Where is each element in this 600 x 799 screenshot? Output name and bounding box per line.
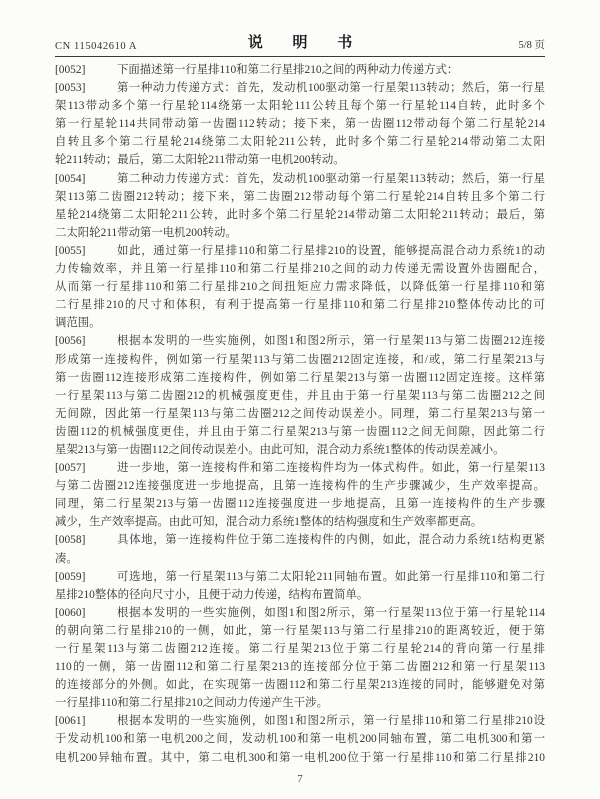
paragraph-number: [0057] xyxy=(55,459,117,477)
patent-specification-page: CN 115042610 A 说 明 书 5/8 页 [0052]下面描述第一行… xyxy=(0,0,600,799)
paragraph-number: [0056] xyxy=(55,332,117,350)
paragraph-text: 如此，通过第一行星排110和第二行星排210的设置，能够提高混合动力系统1的动 xyxy=(117,242,545,260)
text-line: 二行星排210的尺寸和体积，有利于提高第一行星排110和第二行星排210整体传动… xyxy=(55,296,545,314)
text-line: 的连接部分的外侧。如此，在实现第一齿圈112和第二行星架213连接的同时，能够避… xyxy=(55,676,545,694)
paragraph-text: 根据本发明的一些实施例，如图1和图2所示，第一行星排110和第二行星排210设 xyxy=(117,712,545,730)
paragraph-text: 根据本发明的一些实施例，如图1和图2所示，第一行星架113与第二齿圈212连接 xyxy=(117,332,545,350)
paragraph-0059: [0059]可选地，第一行星架113与第二太阳轮211同轴布置。如此第一行星排1… xyxy=(55,568,545,604)
paragraph-number: [0053] xyxy=(55,79,117,97)
paragraph-number: [0059] xyxy=(55,568,117,586)
paragraph-0057: [0057]进一步地，第一连接构件和第二连接构件均为一体式构件。如此，第一行星架… xyxy=(55,459,545,531)
page-header: CN 115042610 A 说 明 书 5/8 页 xyxy=(55,34,545,57)
paragraph-0060: [0060]根据本发明的一些实施例，如图1和图2所示，第一行星架113位于第一行… xyxy=(55,604,545,713)
paragraph-first-line: [0056]根据本发明的一些实施例，如图1和图2所示，第一行星架113与第二齿圈… xyxy=(55,332,545,350)
paragraph-number: [0054] xyxy=(55,170,117,188)
text-line: 调范围。 xyxy=(55,314,545,332)
page-number: 7 xyxy=(297,773,303,785)
paragraph-first-line: [0061]根据本发明的一些实施例，如图1和图2所示，第一行星排110和第二行星… xyxy=(55,712,545,730)
paragraph-first-line: [0055]如此，通过第一行星排110和第二行星排210的设置，能够提高混合动力… xyxy=(55,242,545,260)
text-line: 架113带动多个第一行星轮114绕第一太阳轮111公转且每个第一行星轮114自转… xyxy=(55,97,545,115)
text-line: 与第二齿圈212连接强度进一步地提高，且第一连接构件的生产步骤减少，生产效率提高… xyxy=(55,477,545,495)
paragraph-text: 具体地，第一连接构件位于第二连接构件的内侧，如此，混合动力系统1结构更紧 xyxy=(117,531,545,549)
paragraph-0052: [0052]下面描述第一行星排110和第二行星排210之间的两种动力传递方式： xyxy=(55,61,545,79)
paragraph-text: 根据本发明的一些实施例，如图1和图2所示，第一行星架113位于第一行星轮114 xyxy=(117,604,545,622)
text-line: 星排210整体的径向尺寸小，且便于动力传递，结构布置简单。 xyxy=(55,586,545,604)
text-line: 电机200异轴布置。其中，第二电机300和第一电机200位于第一行星排110和第… xyxy=(55,749,545,767)
text-line: 凑。 xyxy=(55,550,545,568)
paragraph-text: 第二种动力传递方式：首先，发动机100驱动第一行星架113转动；然后，第一行星 xyxy=(117,170,545,188)
paragraph-first-line: [0060]根据本发明的一些实施例，如图1和图2所示，第一行星架113位于第一行… xyxy=(55,604,545,622)
paragraph-0056: [0056]根据本发明的一些实施例，如图1和图2所示，第一行星架113与第二齿圈… xyxy=(55,332,545,459)
paragraph-number: [0052] xyxy=(55,61,117,79)
text-line: 架113第二齿圈212转动；接下来，第二齿圈212带动每个第二行星轮214自转且… xyxy=(55,188,545,206)
text-line: 力传输效率，并且第一行星排110和第二行星排210之间的动力传递无需设置外齿圈配… xyxy=(55,260,545,278)
text-line: 齿圈112的机械强度更佳，并且由于第二行星架213与第一齿圈112之间无间隙，因… xyxy=(55,423,545,441)
page-footer: 7 xyxy=(0,773,600,785)
text-line: 一行星架113与第二齿圈212连接。第二行星架213位于第二行星轮214的背向第… xyxy=(55,640,545,658)
paragraph-text: 可选地，第一行星架113与第二太阳轮211同轴布置。如此第一行星排110和第二行 xyxy=(117,568,545,586)
text-line: 形成第一连接构件，例如第一行星架113与第二齿圈212固定连接，和/或，第二行星… xyxy=(55,351,545,369)
text-line: 星架213与第一齿圈112之间传动误差小。由此可知，混合动力系统1整体的传动误差… xyxy=(55,441,545,459)
publication-number: CN 115042610 A xyxy=(55,41,248,52)
text-line: 星轮214绕第二太阳轮211公转，此时多个第二行星轮214带动第二太阳轮211转… xyxy=(55,206,545,224)
paragraph-first-line: [0058]具体地，第一连接构件位于第二连接构件的内侧，如此，混合动力系统1结构… xyxy=(55,531,545,549)
paragraph-0061: [0061]根据本发明的一些实施例，如图1和图2所示，第一行星排110和第二行星… xyxy=(55,712,545,766)
text-line: 一行星架113与第二齿圈212的机械强度更佳，并且由于第一行星架113与第二齿圈… xyxy=(55,387,545,405)
text-line: 第一齿圈112连接形成第二连接构件，例如第二行星架213与第一齿圈112固定连接… xyxy=(55,369,545,387)
paragraph-0053: [0053]第一种动力传递方式：首先，发动机100驱动第一行星架113转动；然后… xyxy=(55,79,545,169)
text-line: 无间隙，因此第一行星架113与第二齿圈212之间传动误差小。同理，第二行星架21… xyxy=(55,405,545,423)
text-line: 二太阳轮211带动第一电机200转动。 xyxy=(55,224,545,242)
paragraph-first-line: [0053]第一种动力传递方式：首先，发动机100驱动第一行星架113转动；然后… xyxy=(55,79,545,97)
text-line: 一行星排110和第二行星排210之间动力传递产生干涉。 xyxy=(55,694,545,712)
paragraph-0058: [0058]具体地，第一连接构件位于第二连接构件的内侧，如此，混合动力系统1结构… xyxy=(55,531,545,567)
document-title: 说 明 书 xyxy=(248,31,366,52)
sheet-page-indicator: 5/8 页 xyxy=(352,37,545,52)
paragraph-first-line: [0059]可选地，第一行星架113与第二太阳轮211同轴布置。如此第一行星排1… xyxy=(55,568,545,586)
paragraph-text: 下面描述第一行星排110和第二行星排210之间的两种动力传递方式： xyxy=(117,61,545,79)
paragraph-number: [0058] xyxy=(55,531,117,549)
paragraph-number: [0055] xyxy=(55,242,117,260)
paragraph-first-line: [0057]进一步地，第一连接构件和第二连接构件均为一体式构件。如此，第一行星架… xyxy=(55,459,545,477)
text-line: 110的一侧，第一齿圈112和第二行星架213的连接部分位于第二齿圈212和第一… xyxy=(55,658,545,676)
document-body: [0052]下面描述第一行星排110和第二行星排210之间的两种动力传递方式：[… xyxy=(55,61,545,767)
paragraph-text: 进一步地，第一连接构件和第二连接构件均为一体式构件。如此，第一行星架113 xyxy=(117,459,545,477)
paragraph-0055: [0055]如此，通过第一行星排110和第二行星排210的设置，能够提高混合动力… xyxy=(55,242,545,332)
text-line: 于发动机100和第一电机200之间，发动机100和第一电机200同轴布置，第二电… xyxy=(55,730,545,748)
paragraph-number: [0061] xyxy=(55,712,117,730)
text-line: 轮211转动；最后，第二太阳轮211带动第一电机200转动。 xyxy=(55,151,545,169)
paragraph-text: 第一种动力传递方式：首先，发动机100驱动第一行星架113转动；然后，第一行星 xyxy=(117,79,545,97)
paragraph-0054: [0054]第二种动力传递方式：首先，发动机100驱动第一行星架113转动；然后… xyxy=(55,170,545,242)
paragraph-first-line: [0052]下面描述第一行星排110和第二行星排210之间的两种动力传递方式： xyxy=(55,61,545,79)
text-line: 同理，第二行星架213与第一齿圈112连接强度进一步地提高，且第一连接构件的生产… xyxy=(55,495,545,513)
paragraph-number: [0060] xyxy=(55,604,117,622)
text-line: 第一行星轮114共同带动第一齿圈112转动；接下来，第一齿圈112带动每个第二行… xyxy=(55,115,545,133)
text-line: 减少，生产效率提高。由此可知，混合动力系统1整体的结构强度和生产效率都更高。 xyxy=(55,513,545,531)
text-line: 自转且多个第二行星轮214绕第二太阳轮211公转，此时多个第二行星轮214带动第… xyxy=(55,133,545,151)
text-line: 的朝向第二行星排210的一侧，如此，第一行星架113与第二行星排210的距离较近… xyxy=(55,622,545,640)
paragraph-first-line: [0054]第二种动力传递方式：首先，发动机100驱动第一行星架113转动；然后… xyxy=(55,170,545,188)
text-line: 从而第一行星排110和第二行星排210之间扭矩应力需求降低，以降低第一行星排11… xyxy=(55,278,545,296)
